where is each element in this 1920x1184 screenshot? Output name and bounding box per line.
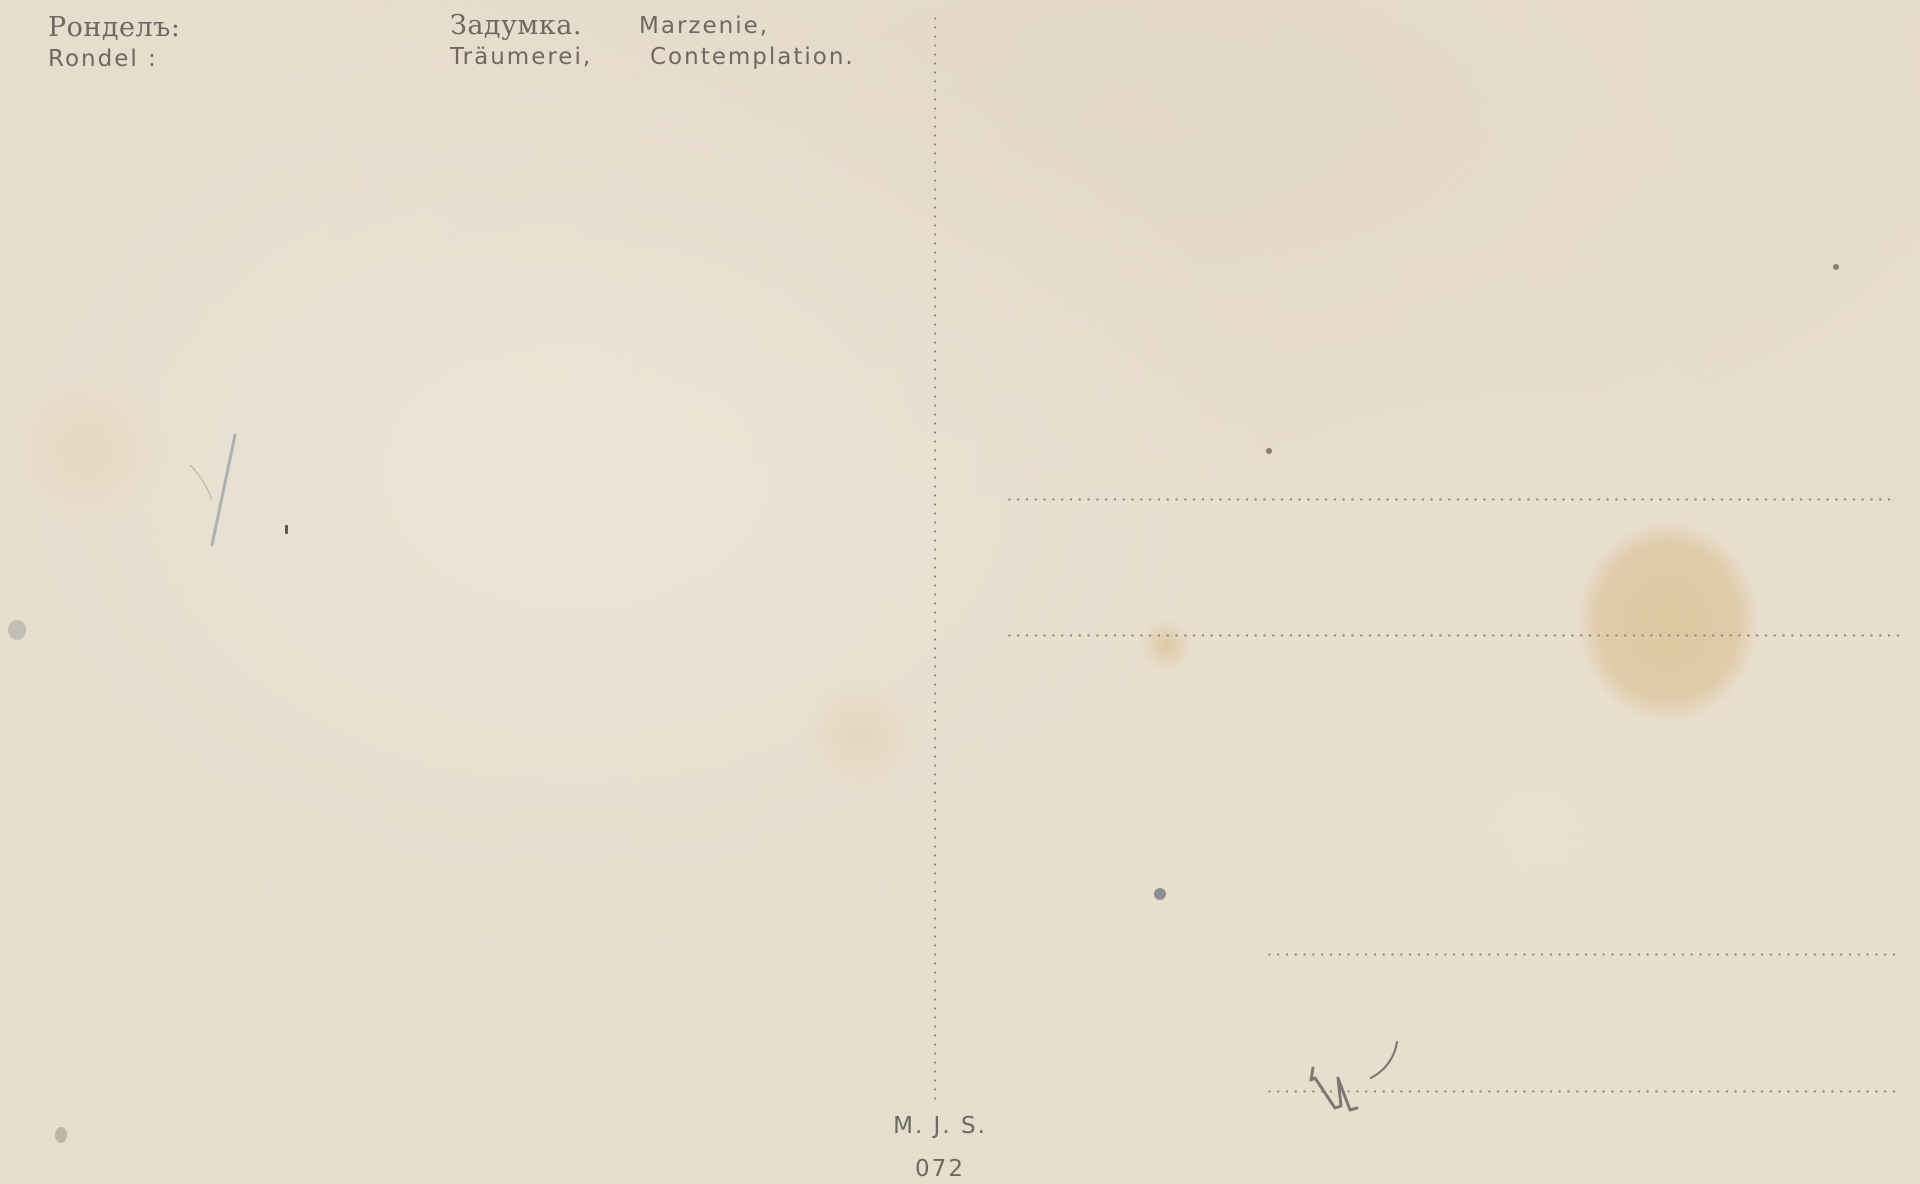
title-fr: Contemplation. [650,44,855,70]
faint-stain-left [0,380,180,520]
speck [1833,264,1839,270]
small-stain [1138,620,1194,670]
speck [1266,448,1272,454]
center-divider [934,14,936,1104]
title-ru: Задумка. [450,10,582,41]
card-number: 072 [840,1156,1040,1182]
pencil-scratch [190,430,250,550]
faint-stain [800,680,920,790]
speck [55,1127,67,1143]
address-line-2 [1005,634,1902,637]
title-pl: Marzenie, [639,13,769,39]
title-de: Träumerei, [450,44,592,70]
address-line-3 [1265,953,1902,956]
speck [8,620,26,640]
rondel-label-ru: Ронделъ: [48,12,180,43]
publisher-mark: M. J. S. [840,1113,1040,1139]
speck [285,525,288,534]
address-line-1 [1005,498,1897,501]
large-stain [1578,522,1758,722]
handwritten-mark [1305,1038,1405,1118]
rondel-label-lat: Rondel : [48,46,158,72]
speck [1154,888,1166,900]
